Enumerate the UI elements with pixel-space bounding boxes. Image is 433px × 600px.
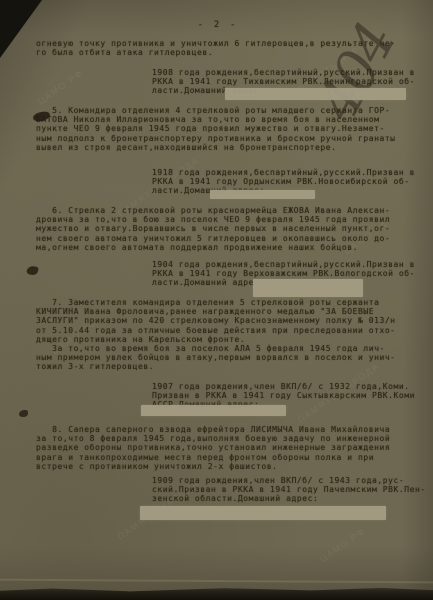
text-line: пункте ЧЕО 9 февраля 1945 года проявил м…: [36, 124, 396, 133]
redaction-bar: [140, 506, 386, 520]
text-line: 5. Командира отделения 4 стрелковой роты…: [36, 106, 396, 115]
text-line: го была отбита атака гитлеровцев.: [36, 48, 396, 57]
citation-item-8: 8. Сапера саперного взвода ефрейтора ЛИС…: [36, 425, 390, 471]
text-line: нем своего автомата уничтожил 5 гитлеров…: [36, 234, 390, 243]
text-line: 8. Сапера саперного взвода ефрейтора ЛИС…: [36, 425, 390, 434]
text-line: мужество и отвагу.Ворвавшись в числе пер…: [36, 224, 390, 233]
text-line: ным подполз к бронетранспортеру противни…: [36, 134, 396, 143]
text-line: тожил 3-х гитлеровцев.: [36, 362, 396, 371]
text-line: встрече с противником уничтожил 2-х фаши…: [36, 462, 390, 471]
page-crease: [0, 579, 433, 584]
citation-item-5: 5. Командира отделения 4 стрелковой роты…: [36, 106, 396, 152]
text-line: ным примером увлек бойцов в атаку,первым…: [36, 353, 396, 362]
watermark-text: ЦАМО РФ: [318, 526, 367, 565]
ink-speck: [19, 410, 28, 417]
text-line: РККА в 1941 году Ордынским РВК.Новосибир…: [152, 177, 415, 186]
text-line: за то,что 8 февраля 1945 года,выполняя б…: [36, 434, 390, 443]
document-page: ЦАМО РФ ПАМЯТЬ НАРОДА ПАМЯТЬ НАРОДА ЦАМО…: [0, 0, 433, 600]
redaction-bar: [141, 405, 286, 416]
ink-speck: [26, 265, 39, 276]
text-line: ЗАСЛУГИ" приказом по 420 стрелковому Кра…: [36, 316, 396, 325]
text-line: 1918 года рождения,беспартийный,русский.…: [152, 168, 415, 177]
watermark-text: ЦАМО РФ: [36, 68, 85, 107]
text-line: от 5.10.44 года за отличные боевые дейст…: [36, 326, 396, 335]
text-line: ский.Призван в РККА в 1941 году Пачелмск…: [152, 485, 426, 494]
text-line: 7. Заместителя командира отделения 5 стр…: [36, 298, 396, 307]
paragraph-continuation: огневую точку противника и уничтожил 6 г…: [36, 39, 396, 57]
bio-block-1909: 1909 года рождения,член ВКП/б/ с 1943 го…: [152, 476, 426, 504]
redaction-bar: [210, 190, 315, 199]
text-line: зенской области.Домашний адрес:: [152, 494, 426, 503]
redaction-bar: [225, 88, 406, 100]
citation-item-7: 7. Заместителя командира отделения 5 стр…: [36, 298, 396, 372]
text-line: 1904 года рождения,беспартийный,русский.…: [152, 260, 415, 269]
text-line: вывел из строя десант,находившийся на бр…: [36, 143, 396, 152]
text-line: дящего противника на Карельском фронте.: [36, 335, 396, 344]
text-line: БАТОВА Николая Илларионовича за то,что в…: [36, 115, 396, 124]
text-line: врага и танкопроходимые места перед фрон…: [36, 453, 390, 462]
page-bottom-edge-shadow: [0, 584, 433, 600]
text-line: РККА в 1941 году Верховажским РВК.Волого…: [152, 269, 415, 278]
redaction-bar: [253, 279, 363, 297]
text-line: огневую точку противника и уничтожил 6 г…: [36, 39, 396, 48]
text-line: За то,что во время боя за поселок АЛА 5 …: [36, 344, 396, 353]
text-line: РККА в 1941 году Тихвинским РВК.Ленингра…: [152, 77, 415, 86]
text-line: ма,огнем своего автомата поддержал продв…: [36, 243, 390, 252]
text-line: 1909 года рождения,член ВКП/б/ с 1943 го…: [152, 476, 426, 485]
text-line: 1907 года рождения,член ВКП/б/ с 1932 го…: [152, 382, 415, 391]
text-line: дровича за то,что в бою за поселок ЧЕО 9…: [36, 215, 390, 224]
text-line: КИЧИГИНА Ивана Фроловича,ранее награжден…: [36, 307, 396, 316]
text-line: 6. Стрелка 2 стрелковой роты красноармей…: [36, 206, 390, 215]
text-line: Призван в РККА в 1941 году Сыктывкарским…: [152, 391, 415, 400]
text-line: разведке обороны противника,точно устано…: [36, 443, 390, 452]
citation-item-6: 6. Стрелка 2 стрелковой роты красноармей…: [36, 206, 390, 252]
text-line: 1908 года рождения,беспартийный,русский.…: [152, 68, 415, 77]
page-number: - 2 -: [178, 20, 258, 30]
